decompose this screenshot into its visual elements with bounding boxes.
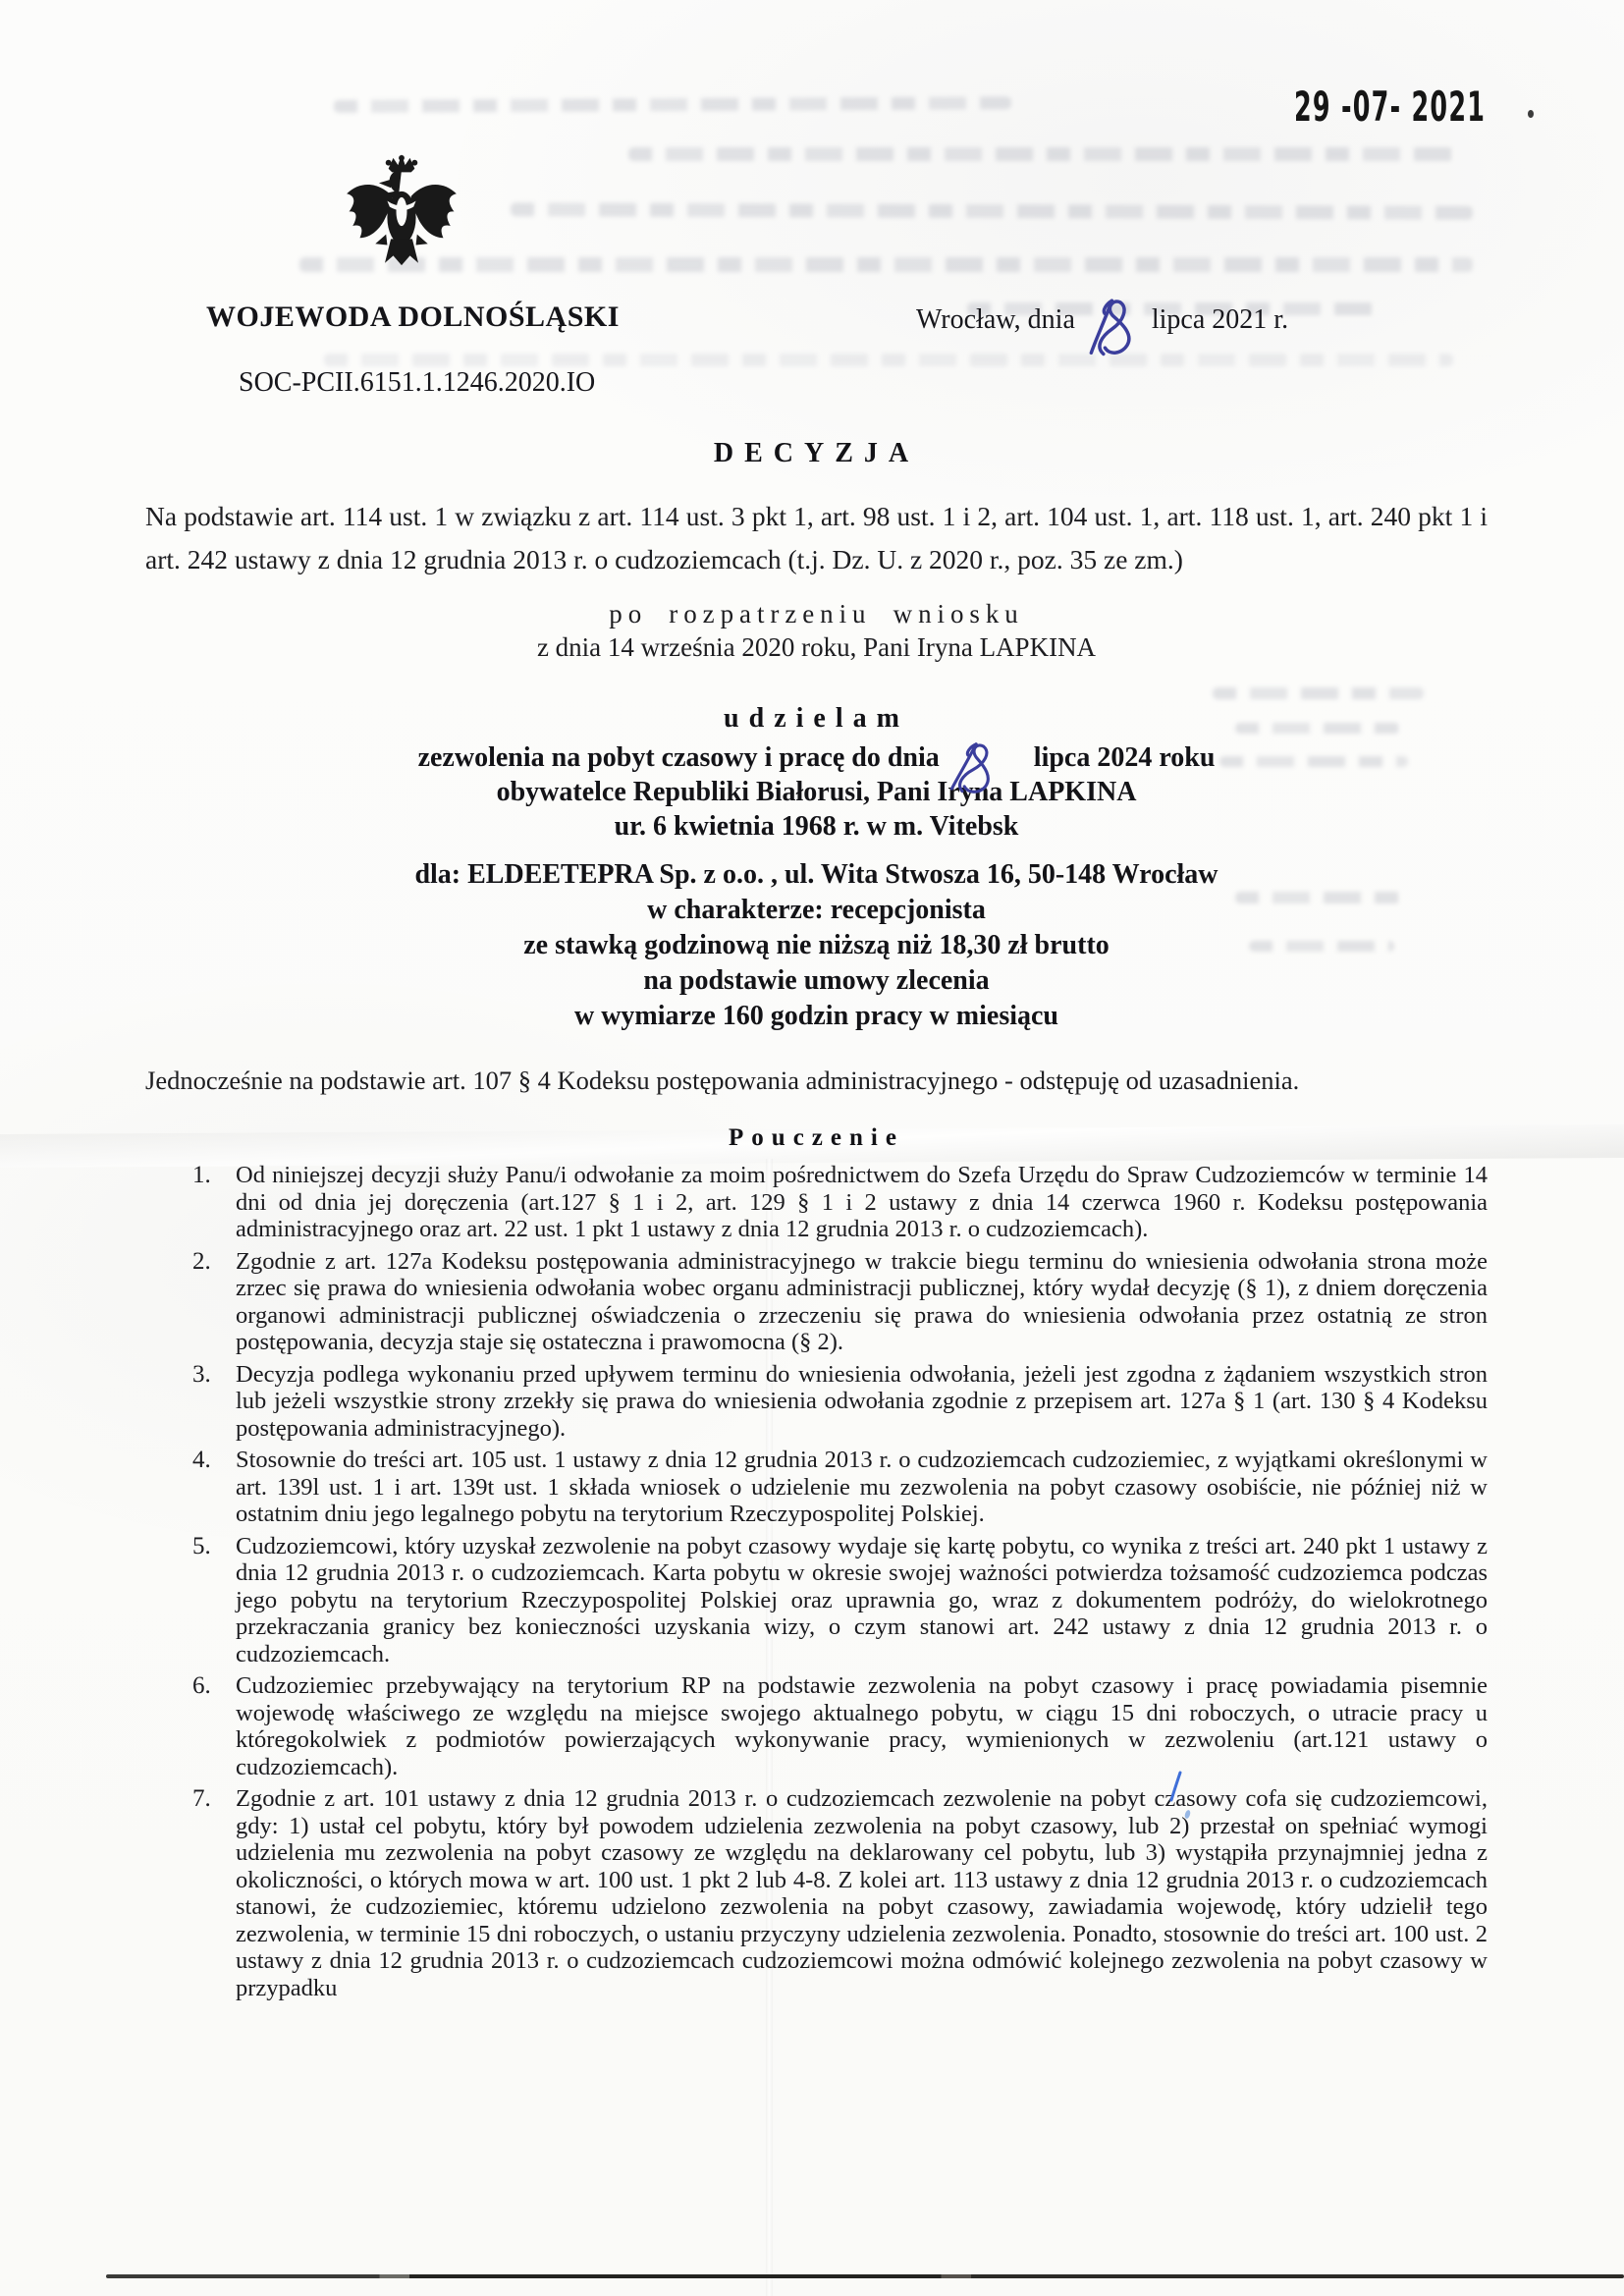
consideration-line: z dnia 14 września 2020 roku, Pani Iryna… (145, 630, 1488, 664)
consideration-block: po rozpatrzeniu wniosku z dnia 14 wrześn… (145, 597, 1488, 664)
instruction-list: Od niniejszej decyzji służy Panu/i odwoł… (145, 1162, 1488, 2001)
instruction-item: Cudzoziemiec przebywający na terytorium … (145, 1672, 1488, 1780)
employment-block: dla: ELDEETEPRA Sp. z o.o. , ul. Wita St… (145, 857, 1488, 1034)
grant-verb: udzielam (145, 703, 1488, 735)
grant-scope-line: zezwolenia na pobyt czasowy i pracę do d… (145, 740, 1488, 775)
authority-name: WOJEWODA DOLNOŚLĄSKI (206, 301, 619, 334)
document-body: DECYZJA Na podstawie art. 114 ust. 1 w z… (145, 438, 1488, 2006)
bleed-through-artifact (299, 257, 1473, 272)
scanned-decision-page: 29 -07- 2021 WOJEWODA DOLNOŚLĄSKI SOC-PC… (0, 0, 1624, 2296)
stamp-ink-dot (1528, 110, 1534, 118)
grant-scope-after: lipca 2024 roku (1034, 742, 1216, 773)
place-date-suffix: lipca 2021 r. (1152, 304, 1288, 335)
bleed-through-artifact (334, 96, 1011, 113)
position-line: w charakterze: recepcjonista (145, 893, 1488, 928)
pen-tick-mark (1166, 1770, 1184, 1805)
bleed-through-artifact (628, 147, 1463, 161)
consideration-line: po rozpatrzeniu wniosku (145, 597, 1488, 630)
instruction-item: Cudzoziemcowi, który uzyskał zezwolenie … (145, 1533, 1488, 1668)
legal-basis-paragraph: Na podstawie art. 114 ust. 1 w związku z… (145, 495, 1488, 581)
instruction-item: Zgodnie z art. 101 ustawy z dnia 12 grud… (145, 1785, 1488, 2001)
contract-line: na podstawie umowy zlecenia (145, 963, 1488, 999)
grant-block: zezwolenia na pobyt czasowy i pracę do d… (145, 740, 1488, 844)
instruction-item: Zgodnie z art. 127a Kodeksu postępowania… (145, 1248, 1488, 1356)
decision-title: DECYZJA (145, 438, 1488, 469)
scan-edge-line (106, 2274, 1624, 2278)
instruction-item: Od niniejszej decyzji służy Panu/i odwoł… (145, 1162, 1488, 1243)
polish-eagle-emblem (342, 153, 461, 287)
place-date-line: Wrocław, dnia 18 lipca 2021 r. (916, 304, 1378, 336)
grant-scope-before: zezwolenia na pobyt czasowy i pracę do d… (418, 742, 940, 773)
grant-birth-line: ur. 6 kwietnia 1968 r. w m. Vitebsk (145, 809, 1488, 844)
instruction-item: Decyzja podlega wykonaniu przed upływem … (145, 1361, 1488, 1443)
grant-beneficiary-line: obywatelce Republiki Białorusi, Pani Iry… (145, 775, 1488, 809)
bleed-through-artifact (324, 354, 1453, 366)
received-date-stamp: 29 -07- 2021 (1294, 82, 1486, 131)
instruction-item: Stosownie do treści art. 105 ust. 1 usta… (145, 1447, 1488, 1528)
waiver-paragraph: Jednocześnie na podstawie art. 107 § 4 K… (145, 1064, 1488, 1097)
case-number: SOC-PCII.6151.1.1246.2020.IO (239, 367, 595, 399)
place-date-prefix: Wrocław, dnia (916, 304, 1075, 335)
instructions-heading: Pouczenie (145, 1124, 1488, 1152)
wage-line: ze stawką godzinową nie niższą niż 18,30… (145, 928, 1488, 963)
employer-line: dla: ELDEETEPRA Sp. z o.o. , ul. Wita St… (145, 857, 1488, 893)
hours-line: w wymiarze 160 godzin pracy w miesiącu (145, 999, 1488, 1034)
bleed-through-artifact (511, 202, 1473, 219)
